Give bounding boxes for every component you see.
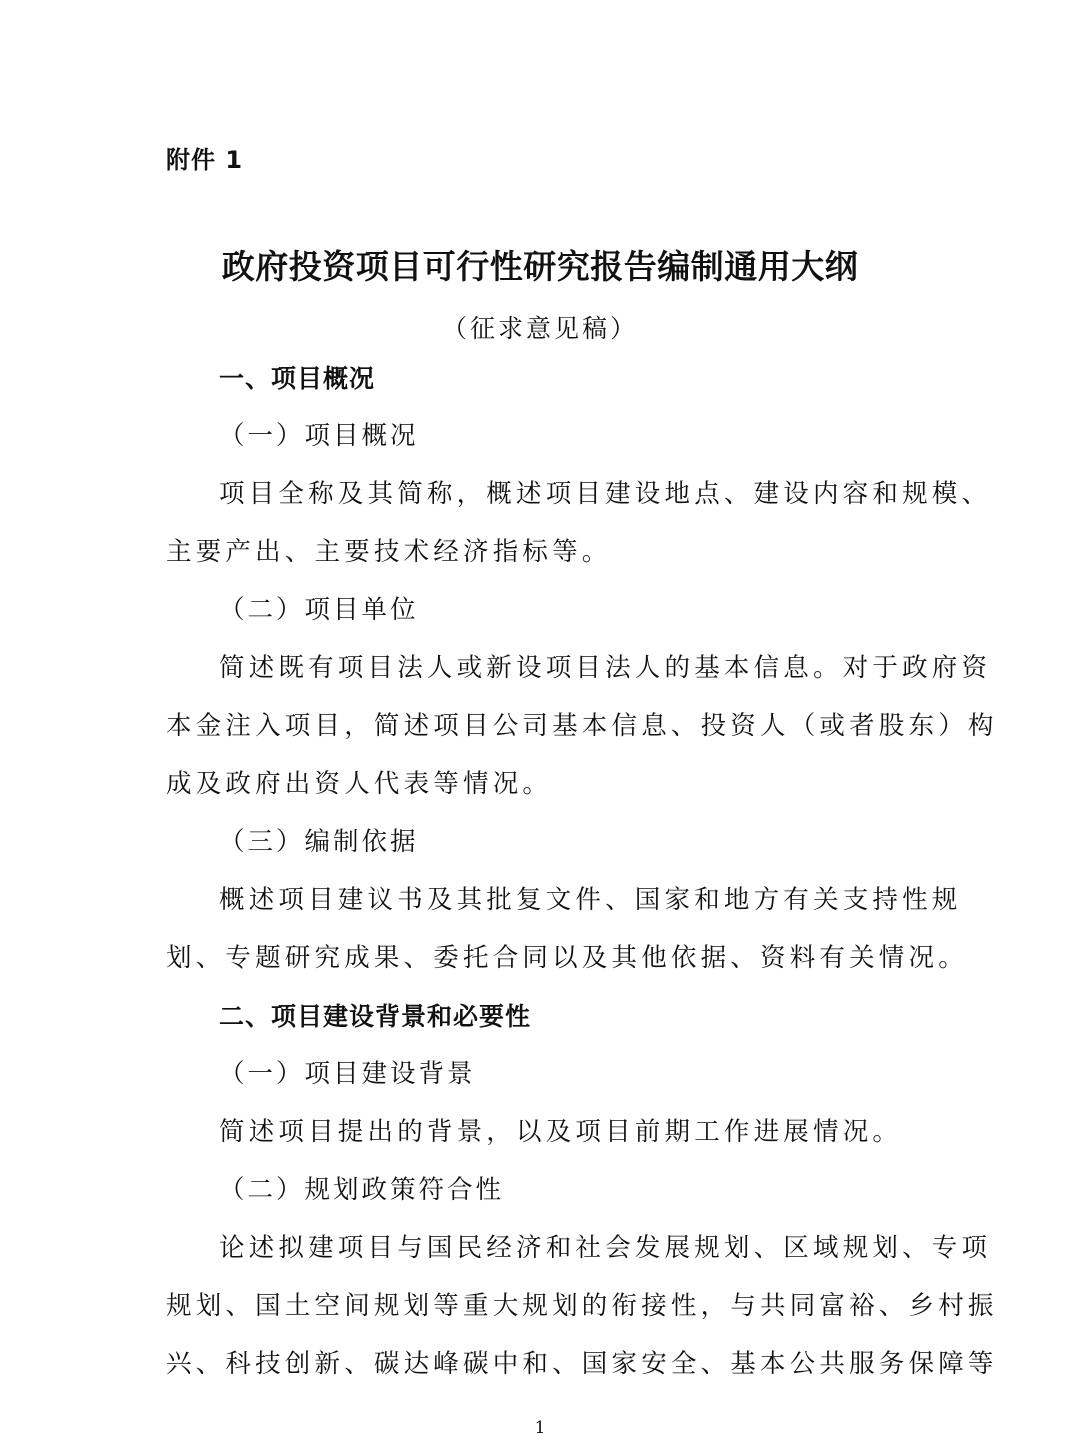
section-heading-1: 一、项目概况 [219, 366, 971, 391]
paragraph-line: 概述项目建议书及其批复文件、国家和地方有关支持性规 [219, 888, 918, 914]
subsection-heading-1-3: （三）编制依据 [219, 830, 971, 856]
paragraph-line: 项目全称及其简称，概述项目建设地点、建设内容和规模、 [219, 482, 918, 508]
document-title: 政府投资项目可行性研究报告编制通用大纲 [0, 250, 1080, 283]
subsection-heading-1-2: （二）项目单位 [219, 598, 971, 624]
subsection-heading-1-1: （一）项目概况 [219, 424, 971, 450]
paragraph-line: 主要产出、主要技术经济指标等。 [166, 540, 918, 566]
paragraph-line: 本金注入项目，简述项目公司基本信息、投资人（或者股东）构 [166, 714, 918, 740]
paragraph-line: 简述既有项目法人或新设项目法人的基本信息。对于政府资 [219, 656, 918, 682]
paragraph-line: 划、专题研究成果、委托合同以及其他依据、资料有关情况。 [166, 946, 918, 972]
attachment-label: 附件 1 [166, 148, 918, 172]
page-number: 1 [0, 1420, 1080, 1437]
paragraph-line: 兴、科技创新、碳达峰碳中和、国家安全、基本公共服务保障等 [166, 1352, 918, 1378]
paragraph-line: 论述拟建项目与国民经济和社会发展规划、区域规划、专项 [219, 1236, 918, 1262]
paragraph-line: 规划、国土空间规划等重大规划的衔接性，与共同富裕、乡村振 [166, 1294, 918, 1320]
subsection-heading-2-1: （一）项目建设背景 [219, 1062, 971, 1088]
section-heading-2: 二、项目建设背景和必要性 [219, 1004, 971, 1029]
subsection-heading-2-2: （二）规划政策符合性 [219, 1178, 971, 1204]
document-subtitle: （征求意见稿） [0, 316, 1080, 341]
paragraph-line: 简述项目提出的背景，以及项目前期工作进展情况。 [219, 1120, 918, 1146]
paragraph-line: 成及政府出资人代表等情况。 [166, 772, 918, 798]
